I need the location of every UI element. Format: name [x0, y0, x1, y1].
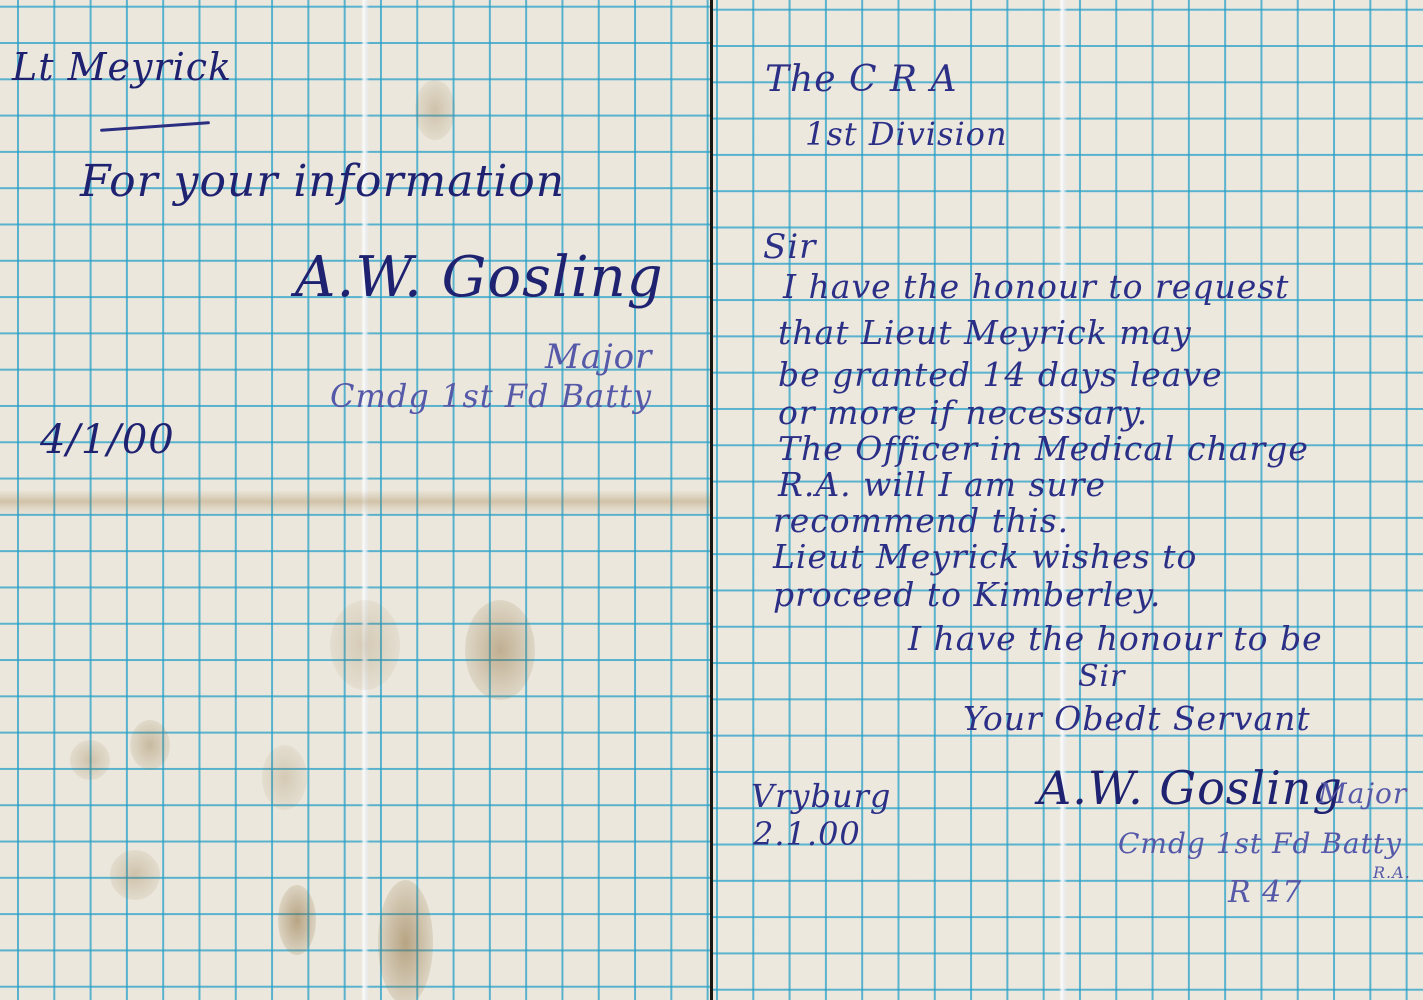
rank: Major: [545, 340, 652, 374]
body-line: For your information: [80, 160, 565, 204]
letter-line: that Lieut Meyrick may: [778, 316, 1192, 349]
fingerprint-stain: [378, 880, 433, 1000]
horizontal-fold-stain: [0, 490, 710, 516]
date: 2.1.00: [753, 818, 861, 850]
date: 4/1/00: [40, 420, 175, 460]
stain: [130, 720, 170, 770]
stain: [415, 80, 455, 140]
letter-line: The Officer in Medical charge: [778, 432, 1309, 465]
letter-line: recommend this.: [773, 504, 1069, 537]
letter-line: I have the honour to request: [783, 270, 1289, 303]
reference-number: R 47: [1228, 878, 1302, 908]
closing-line: I have the honour to be: [908, 622, 1323, 655]
salutation: Sir: [763, 230, 816, 264]
stain: [70, 740, 110, 780]
annotation: R.A.: [1373, 865, 1411, 881]
stain: [262, 745, 307, 810]
underline: [100, 121, 210, 132]
letter-line: or more if necessary.: [778, 396, 1148, 429]
rank: Major: [1318, 780, 1407, 808]
signature: A.W. Gosling: [1038, 765, 1343, 811]
stain: [330, 600, 400, 690]
left-page: Lt Meyrick For your information A.W. Gos…: [0, 0, 710, 1000]
letter-line: proceed to Kimberley.: [773, 578, 1161, 611]
unit: Cmdg 1st Fd Batty: [330, 380, 652, 412]
right-page: The C R A 1st Division Sir I have the ho…: [713, 0, 1423, 1000]
stain: [110, 850, 160, 900]
addressee-line-1: The C R A: [765, 62, 957, 98]
signature: A.W. Gosling: [295, 250, 664, 306]
fingerprint-stain: [278, 885, 316, 955]
closing-sir: Sir: [1078, 662, 1126, 692]
place: Vryburg: [751, 780, 891, 812]
letter-line: be granted 14 days leave: [778, 358, 1223, 391]
scanned-letter: Lt Meyrick For your information A.W. Gos…: [0, 0, 1423, 1000]
closing-servant: Your Obedt Servant: [963, 702, 1311, 735]
addressee-line-2: 1st Division: [805, 118, 1008, 150]
unit: Cmdg 1st Fd Batty: [1118, 830, 1402, 858]
addressee: Lt Meyrick: [12, 48, 232, 86]
letter-line: Lieut Meyrick wishes to: [773, 540, 1197, 573]
letter-line: R.A. will I am sure: [778, 468, 1106, 501]
fingerprint-stain: [465, 600, 535, 700]
